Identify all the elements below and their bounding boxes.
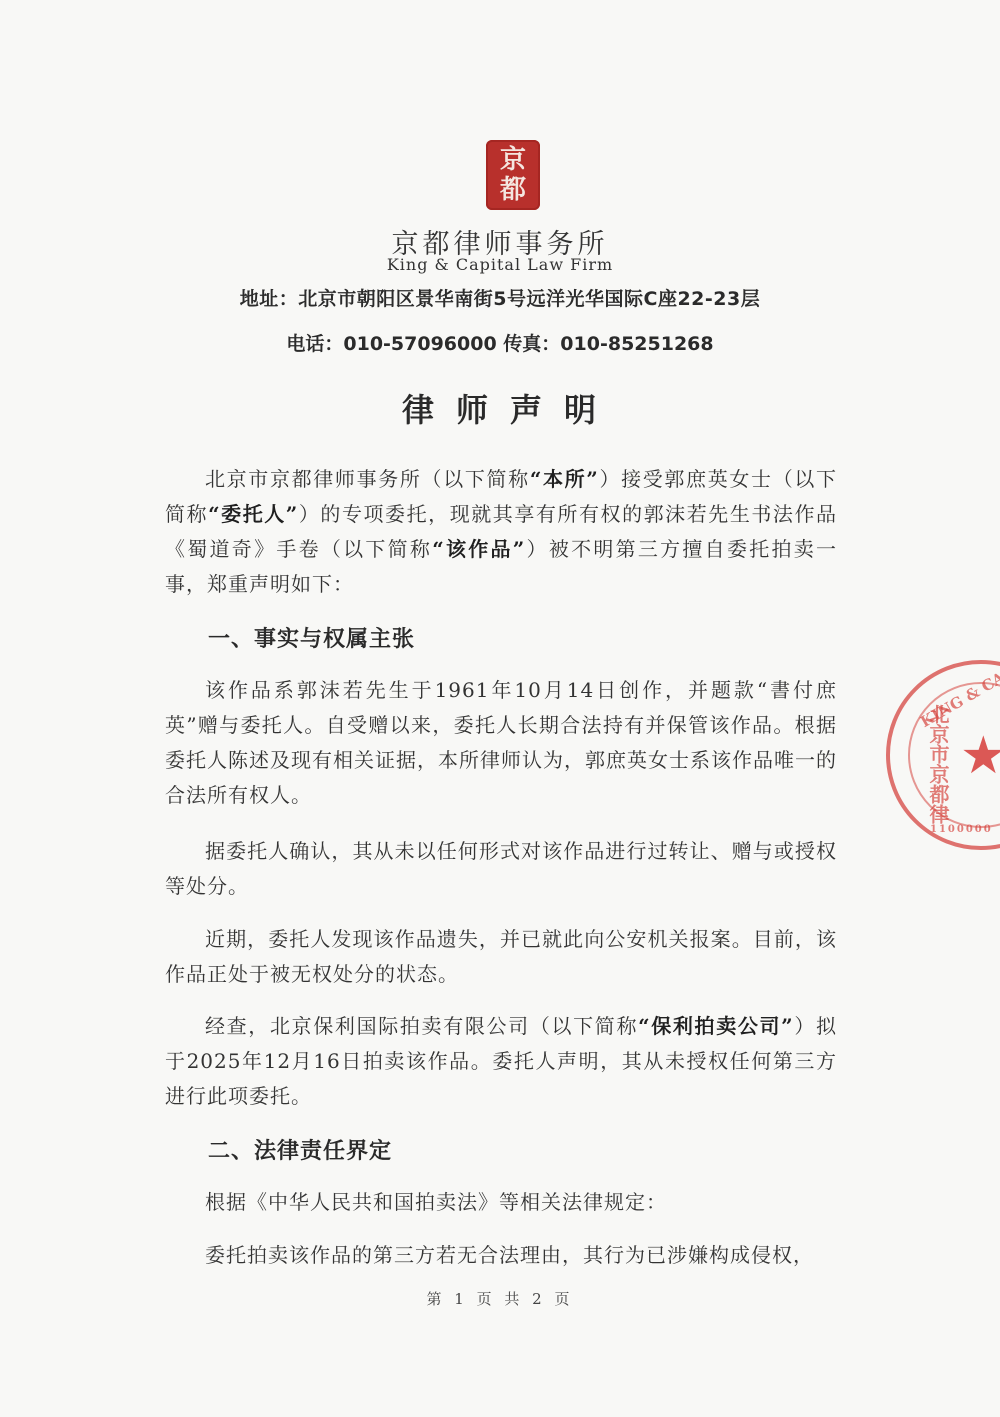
official-stamp: KING & CAPITAL 北京市京都律 ★ 1100000	[886, 660, 1000, 850]
section-2-heading: 二、法律责任界定	[208, 1134, 392, 1165]
star-icon: ★	[960, 726, 1000, 786]
section-2-paragraph-1: 根据《中华人民共和国拍卖法》等相关法律规定：	[165, 1185, 837, 1220]
intro-term-firm: “本所”	[530, 467, 599, 491]
intro-term-client: “委托人”	[208, 502, 298, 526]
stamp-inner-text: 北京市京都律	[924, 704, 953, 824]
intro-text-1: 北京市京都律师事务所（以下简称	[205, 467, 530, 491]
paragraph-text: 据委托人确认，其从未以任何形式对该作品进行过转让、赠与或授权等处分。	[165, 834, 837, 904]
section-1-paragraph-4: 经查，北京保利国际拍卖有限公司（以下简称“保利拍卖公司”）拟于2025年12月1…	[165, 1009, 837, 1114]
document-title: 律师声明	[0, 385, 1000, 431]
document-page: 京 都 京都律师事务所 King & Capital Law Firm 地址：北…	[0, 0, 1000, 1417]
auction-text-1: 经查，北京保利国际拍卖有限公司（以下简称	[205, 1014, 638, 1038]
seal-char-2: 都	[500, 175, 526, 205]
firm-name-en: King & Capital Law Firm	[0, 255, 1000, 274]
section-1-paragraph-1: 该作品系郭沫若先生于1961年10月14日创作，并题款“書付庶英”赠与委托人。自…	[165, 673, 837, 813]
section-1-heading: 一、事实与权属主张	[208, 622, 415, 653]
seal-char-1: 京	[500, 145, 526, 175]
paragraph-text: 委托拍卖该作品的第三方若无合法理由，其行为已涉嫌构成侵权，	[165, 1238, 837, 1273]
auction-term-company: “保利拍卖公司”	[638, 1014, 794, 1038]
paragraph-text: 根据《中华人民共和国拍卖法》等相关法律规定：	[165, 1185, 837, 1220]
page-indicator: 第 1 页 共 2 页	[0, 1288, 1000, 1309]
firm-address: 地址：北京市朝阳区景华南街5号远洋光华国际C座22-23层	[0, 284, 1000, 311]
paragraph-text: 近期，委托人发现该作品遗失，并已就此向公安机关报案。目前，该作品正处于被无权处分…	[165, 922, 837, 992]
firm-logo-seal: 京 都	[486, 140, 540, 210]
stamp-number: 1100000	[930, 824, 993, 835]
intro-term-work: “该作品”	[432, 537, 525, 561]
firm-contact: 电话：010-57096000 传真：010-85251268	[0, 329, 1000, 356]
intro-paragraph: 北京市京都律师事务所（以下简称“本所”）接受郭庶英女士（以下简称“委托人”）的专…	[165, 462, 837, 602]
paragraph-text: 该作品系郭沫若先生于1961年10月14日创作，并题款“書付庶英”赠与委托人。自…	[165, 673, 837, 813]
section-1-paragraph-3: 近期，委托人发现该作品遗失，并已就此向公安机关报案。目前，该作品正处于被无权处分…	[165, 922, 837, 992]
section-2-paragraph-2: 委托拍卖该作品的第三方若无合法理由，其行为已涉嫌构成侵权，	[165, 1238, 837, 1273]
section-1-paragraph-2: 据委托人确认，其从未以任何形式对该作品进行过转让、赠与或授权等处分。	[165, 834, 837, 904]
